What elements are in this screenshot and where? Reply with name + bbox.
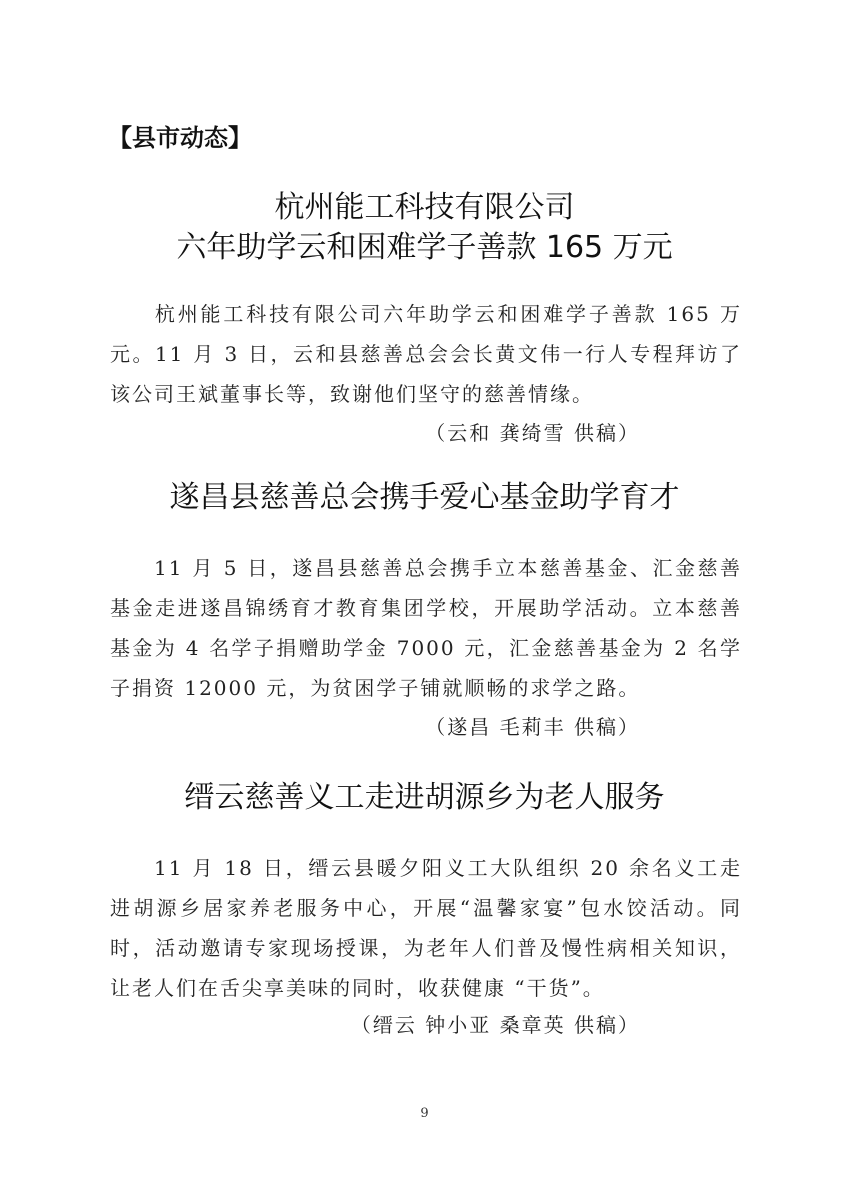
article-1-title-line-2: 六年助学云和困难学子善款 165 万元 (0, 228, 849, 268)
article-2-title: 遂昌县慈善总会携手爱心基金助学育才 (0, 478, 849, 518)
article-3-credit: （缙云 钟小亚 桑章英 供稿） (0, 1010, 640, 1040)
article-2-credit: （遂昌 毛莉丰 供稿） (0, 712, 640, 742)
article-3-body-text: 11 月 18 日，缙云县暖夕阳义工大队组织 20 余名义工走进胡源乡居家养老服… (110, 856, 742, 1000)
article-3-title: 缙云慈善义工走进胡源乡为老人服务 (0, 778, 849, 818)
article-1-body: 杭州能工科技有限公司六年助学云和困难学子善款 165 万元。11 月 3 日，云… (110, 294, 742, 414)
document-page: 【县市动态】 杭州能工科技有限公司 六年助学云和困难学子善款 165 万元 杭州… (0, 0, 849, 1200)
page-number: 9 (0, 1106, 849, 1121)
article-1-title-line-1: 杭州能工科技有限公司 (0, 188, 849, 228)
article-3-body: 11 月 18 日，缙云县暖夕阳义工大队组织 20 余名义工走进胡源乡居家养老服… (110, 848, 742, 1008)
article-1-body-text: 杭州能工科技有限公司六年助学云和困难学子善款 165 万元。11 月 3 日，云… (110, 302, 742, 406)
section-tag: 【县市动态】 (108, 118, 252, 153)
article-2-body: 11 月 5 日，遂昌县慈善总会携手立本慈善基金、汇金慈善基金走进遂昌锦绣育才教… (110, 548, 742, 708)
article-2-body-text: 11 月 5 日，遂昌县慈善总会携手立本慈善基金、汇金慈善基金走进遂昌锦绣育才教… (110, 556, 742, 700)
article-1-credit: （云和 龚绮雪 供稿） (0, 418, 640, 448)
